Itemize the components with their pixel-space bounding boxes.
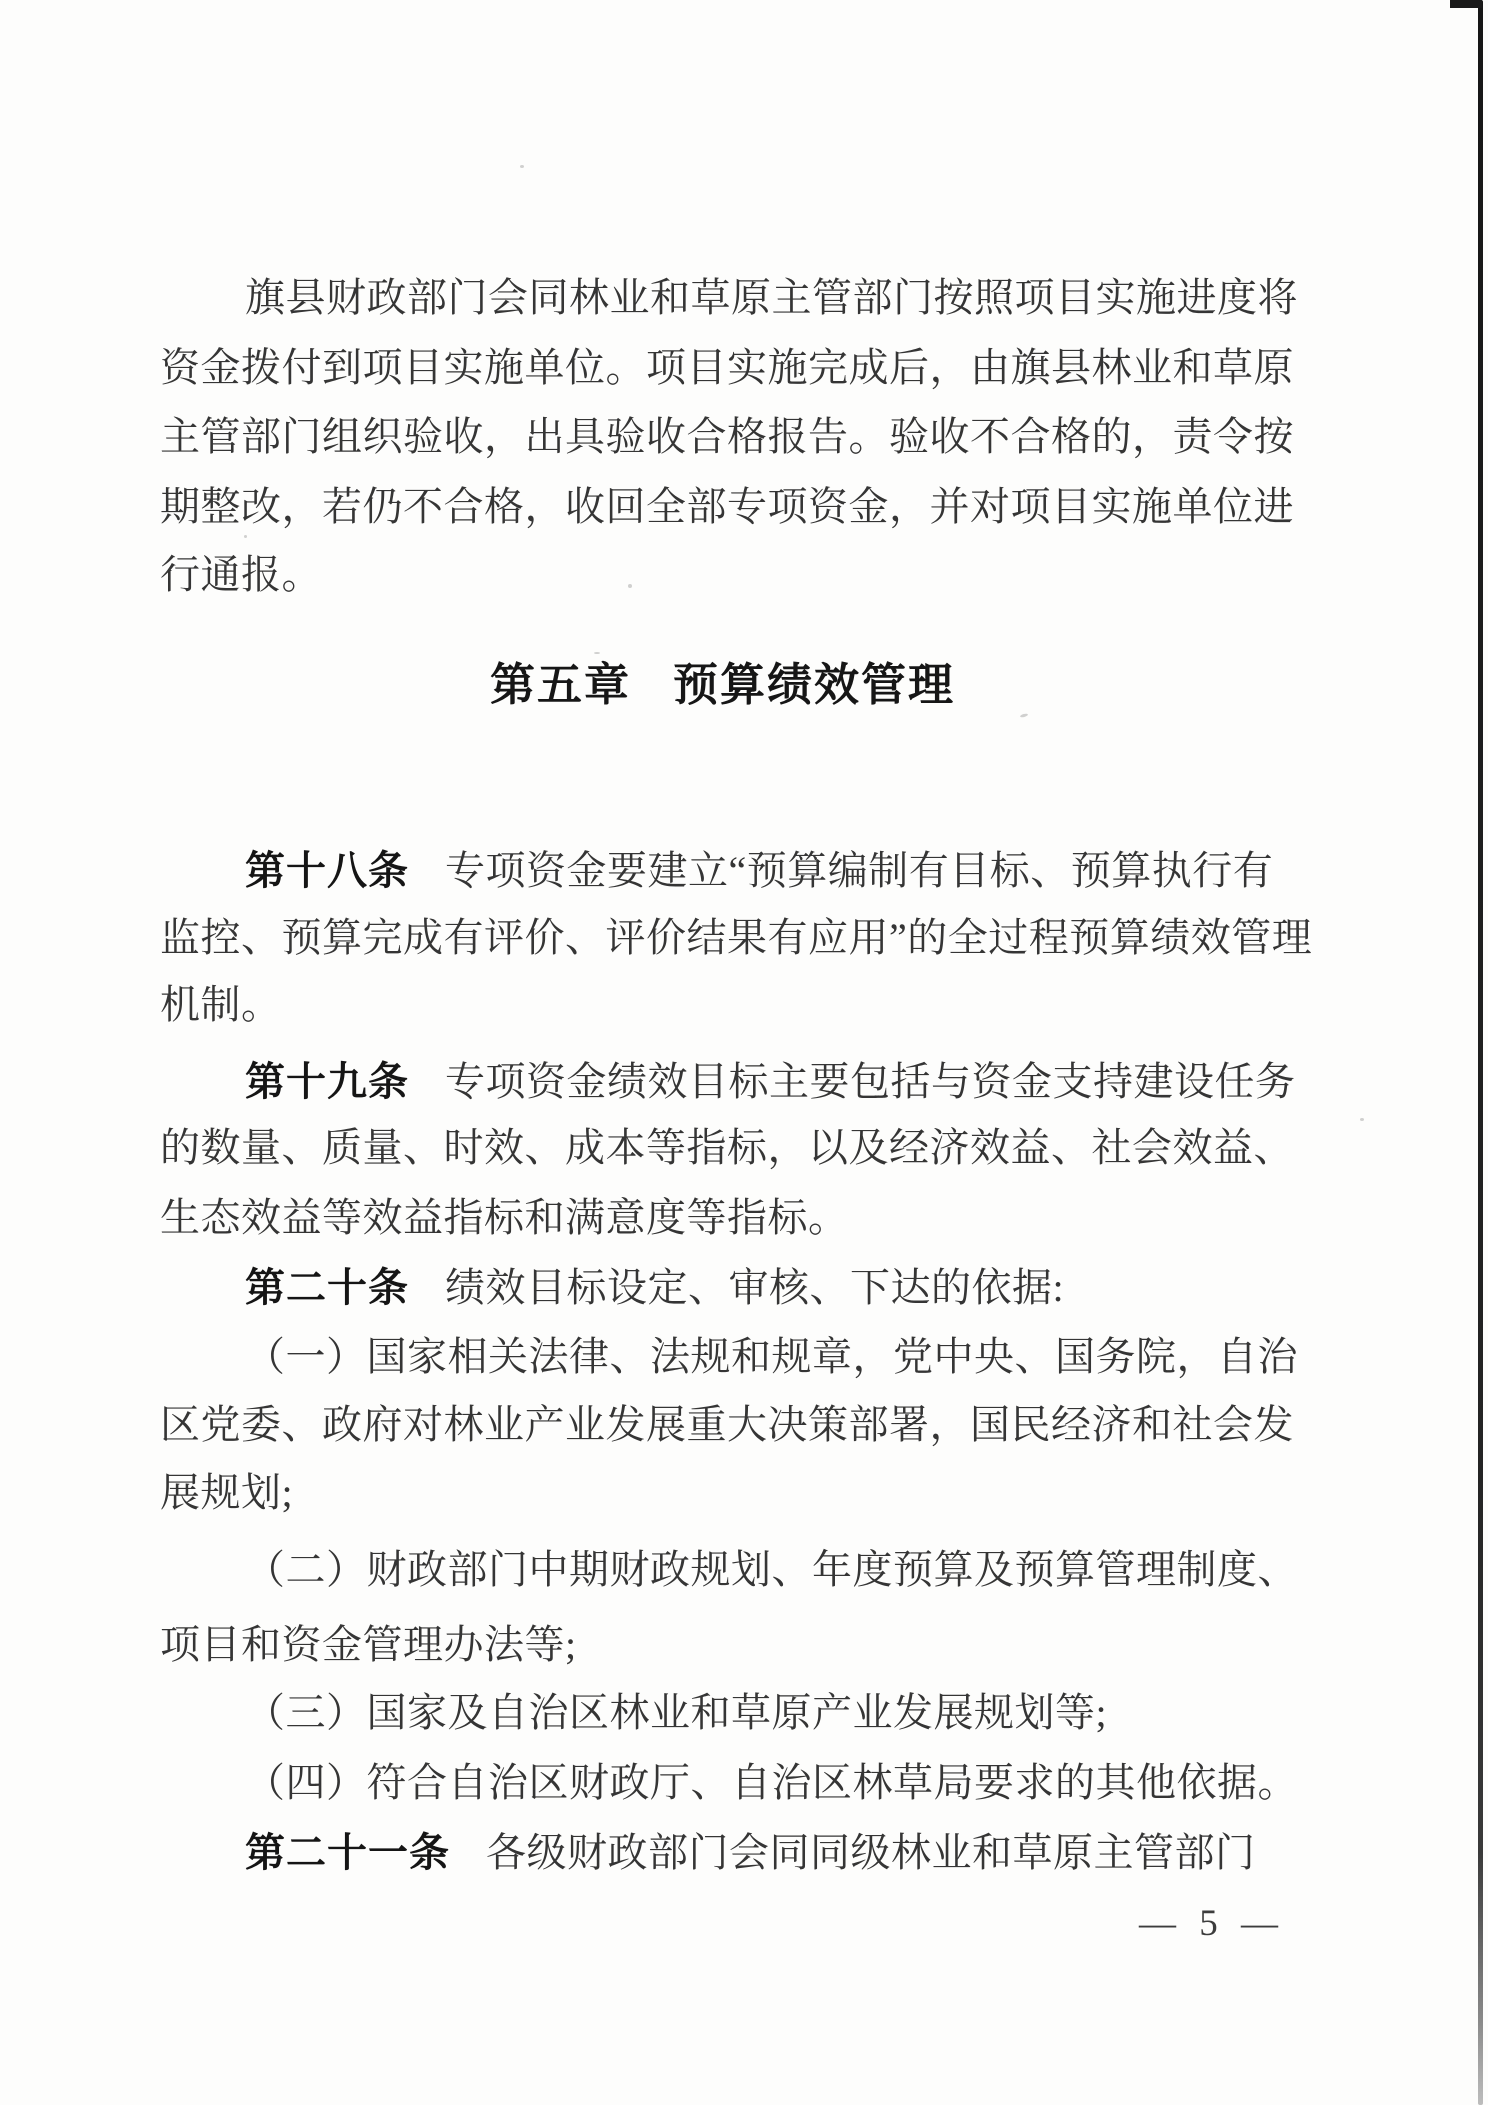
page-number: — 5 —: [1139, 1901, 1285, 1947]
text-line: 第二十一条各级财政部门会同同级林业和草原主管部门: [245, 1828, 1256, 1878]
article-number-label: 第十九条: [245, 1060, 409, 1104]
scan-noise-speck: [1020, 713, 1029, 718]
scan-noise-speck: [1360, 1118, 1364, 1121]
text-line: 机制。: [160, 980, 282, 1030]
text-line: 期整改，若仍不合格，收回全部专项资金，并对项目实施单位进: [160, 482, 1294, 532]
article-text: 专项资金绩效目标主要包括与资金支持建设任务: [445, 1059, 1296, 1104]
document-page: 旗县财政部门会同林业和草原主管部门按照项目实施进度将 资金拨付到项目实施单位。项…: [0, 0, 1488, 2105]
scan-corner-artifact: [1450, 0, 1482, 8]
chapter-heading: 第五章预算绩效管理: [160, 657, 1285, 713]
text-line: 行通报。: [160, 550, 322, 600]
list-item-line: 区党委、政府对林业产业发展重大决策部署，国民经济和社会发: [160, 1400, 1294, 1450]
scan-edge-artifact: [1478, 0, 1483, 2105]
list-item-line: （二）财政部门中期财政规划、年度预算及预算管理制度、: [245, 1545, 1298, 1595]
article-number-label: 第十八条: [245, 849, 409, 893]
scan-noise-speck: [628, 584, 632, 588]
article-text: 各级财政部门会同同级林业和草原主管部门: [486, 1830, 1256, 1875]
list-item-line: （三）国家及自治区林业和草原产业发展规划等;: [245, 1688, 1107, 1738]
chapter-number: 第五章: [490, 659, 631, 710]
scan-noise-speck: [520, 165, 524, 168]
text-line: 监控、预算完成有评价、评价结果有应用”的全过程预算绩效管理: [160, 913, 1312, 963]
text-line: 第十八条专项资金要建立“预算编制有目标、预算执行有: [245, 846, 1273, 896]
text-line: 主管部门组织验收，出具验收合格报告。验收不合格的，责令按: [160, 412, 1294, 462]
text-line: 第二十条绩效目标设定、审核、下达的依据:: [245, 1263, 1064, 1313]
list-item-line: 项目和资金管理办法等;: [160, 1620, 577, 1670]
article-number-label: 第二十条: [245, 1266, 409, 1310]
text-line: 资金拨付到项目实施单位。项目实施完成后，由旗县林业和草原: [160, 343, 1294, 393]
list-item-line: 展规划;: [160, 1468, 293, 1518]
list-item-line: （四）符合自治区财政厅、自治区林草局要求的其他依据。: [245, 1758, 1298, 1808]
scan-noise-speck: [244, 535, 247, 538]
text-line: 第十九条专项资金绩效目标主要包括与资金支持建设任务: [245, 1057, 1296, 1107]
scan-noise-speck: [594, 652, 600, 654]
chapter-title: 预算绩效管理: [673, 659, 955, 710]
text-line: 旗县财政部门会同林业和草原主管部门按照项目实施进度将: [245, 273, 1298, 323]
text-line: 的数量、质量、时效、成本等指标，以及经济效益、社会效益、: [160, 1123, 1294, 1173]
article-text: 专项资金要建立“预算编制有目标、预算执行有: [445, 848, 1273, 893]
list-item-line: （一）国家相关法律、法规和规章，党中央、国务院，自治: [245, 1332, 1298, 1382]
text-line: 生态效益等效益指标和满意度等指标。: [160, 1193, 849, 1243]
article-number-label: 第二十一条: [245, 1831, 450, 1875]
article-text: 绩效目标设定、审核、下达的依据:: [445, 1265, 1064, 1310]
